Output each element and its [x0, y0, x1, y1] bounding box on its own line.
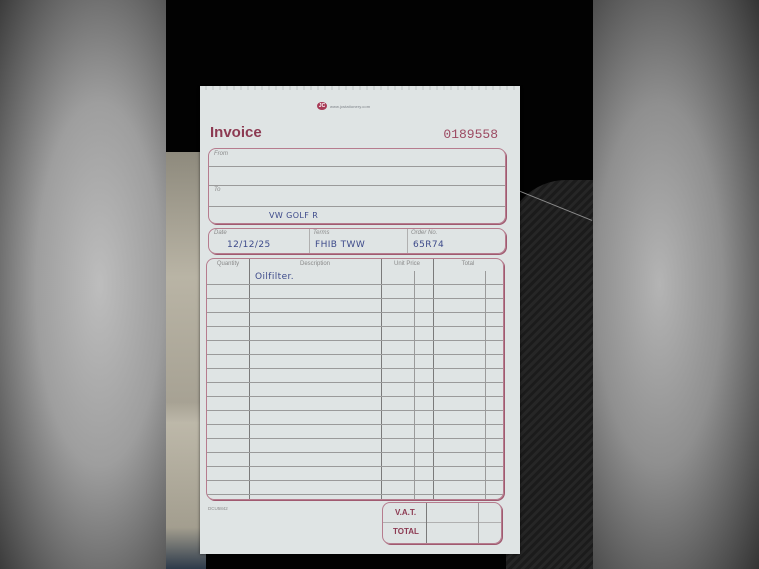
- column-header-quantity: Quantity: [207, 261, 249, 267]
- brand-mark-icon: JC: [317, 102, 327, 110]
- total-label: TOTAL: [393, 527, 419, 536]
- divider: [407, 229, 408, 253]
- divider: [209, 206, 505, 207]
- column-header-unit-price: Unit Price: [381, 261, 433, 267]
- form-code: DCU5842: [208, 506, 228, 511]
- blurred-background-right: [593, 0, 759, 569]
- invoice-paper: JC www.jcstationery.com Invoice 0189558 …: [200, 88, 520, 554]
- divider: [209, 185, 505, 186]
- brand-logo: JC www.jcstationery.com: [317, 102, 370, 110]
- items-table: Quantity Description Unit Price Total Oi…: [206, 258, 504, 500]
- invoice-number: 0189558: [443, 127, 498, 142]
- to-label: To: [214, 187, 220, 193]
- totals-box: V.A.T. TOTAL: [382, 502, 502, 544]
- column-header-description: Description: [249, 261, 381, 267]
- order-value: 65R74: [413, 240, 444, 250]
- divider: [383, 522, 501, 523]
- from-to-box: From To VW GOLF R: [208, 148, 506, 224]
- to-value: VW GOLF R: [269, 211, 318, 220]
- order-label: Order No.: [411, 230, 437, 236]
- date-terms-order-box: Date 12/12/25 Terms FHIB TWW Order No. 6…: [208, 228, 506, 254]
- terms-value: FHIB TWW: [315, 240, 365, 250]
- vat-label: V.A.T.: [395, 508, 416, 517]
- blurred-background-left: [0, 0, 166, 569]
- divider: [309, 229, 310, 253]
- from-label: From: [214, 151, 228, 157]
- date-label: Date: [214, 230, 227, 236]
- table-rows: [207, 271, 503, 499]
- divider: [426, 503, 427, 543]
- terms-label: Terms: [313, 230, 329, 236]
- divider: [209, 166, 505, 167]
- row-1-description: Oilfilter.: [255, 272, 294, 282]
- brand-url: www.jcstationery.com: [330, 104, 370, 109]
- column-header-total: Total: [433, 261, 503, 267]
- photo-scene: JC www.jcstationery.com Invoice 0189558 …: [166, 0, 593, 569]
- invoice-title: Invoice: [210, 124, 262, 141]
- divider: [478, 503, 479, 543]
- date-value: 12/12/25: [227, 240, 271, 250]
